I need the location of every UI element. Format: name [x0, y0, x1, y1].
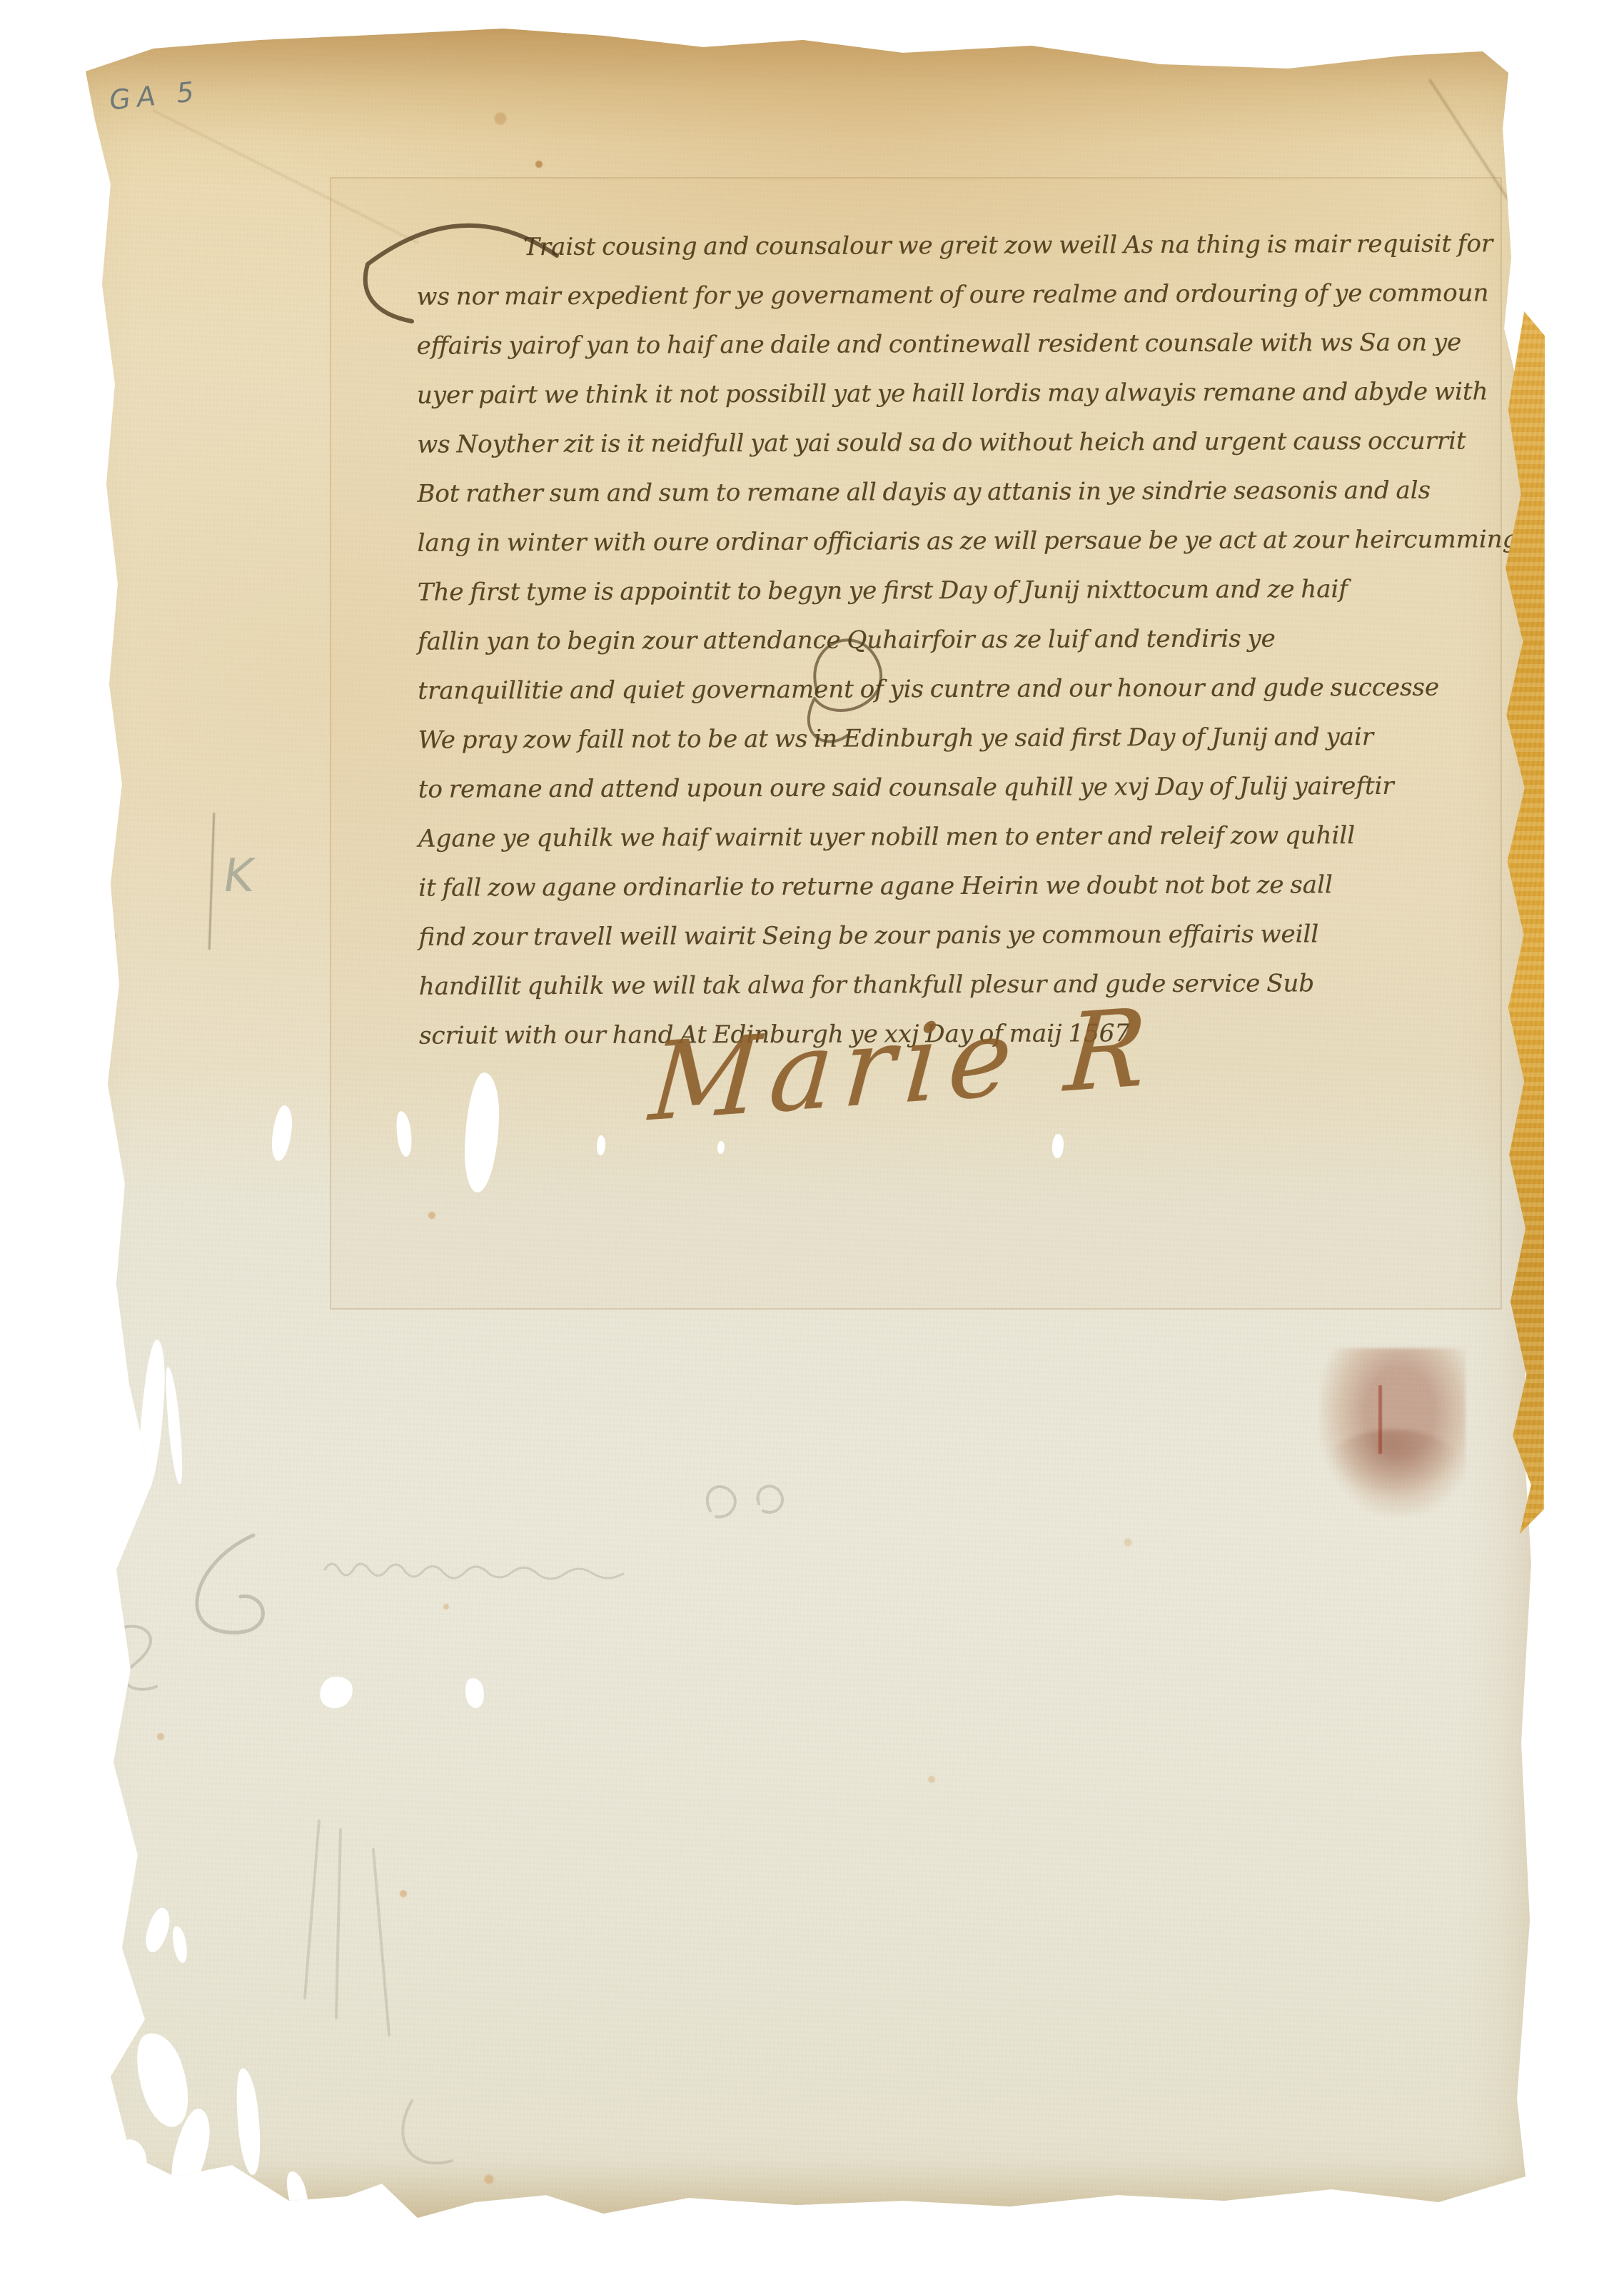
tear-hole [463, 1677, 487, 1709]
tear-hole [136, 1339, 168, 1494]
tear-hole [270, 1105, 294, 1162]
showthrough-vertical-strokes [305, 1821, 389, 2035]
showthrough-script-row [325, 1564, 623, 1579]
letter-line: tranquillitie and quiet governament of y… [418, 663, 1518, 715]
showthrough-flourish [197, 1535, 263, 1632]
pencil-margin-mark: K [220, 850, 257, 903]
letter-line: We pray zow faill not to be at ws in Edi… [418, 712, 1518, 765]
red-stain-arc [1328, 1430, 1460, 1497]
letter-line: Agane ye quhilk we haif wairnit uyer nob… [418, 810, 1519, 863]
top-edge-browning [46, 29, 1545, 143]
letter-text-block: Traist cousing and counsalour we greit z… [416, 219, 1520, 1060]
red-stain-streak [1378, 1385, 1382, 1454]
letter-line: uyer pairt we think it not possibill yat… [417, 367, 1518, 420]
letter-line: effairis yairof yan to haif ane daile an… [416, 318, 1517, 371]
letter-line: it fall zow agane ordinarlie to returne … [418, 860, 1519, 913]
scan-canvas: GA 5 K Traist cousing and counsalour we … [0, 0, 1624, 2285]
tear-hole [143, 1906, 173, 1955]
showthrough-curl [111, 1627, 156, 1689]
letter-line: ws nor mair expedient for ye governament… [416, 268, 1517, 321]
letter-line: fallin yan to begin zour attendance Quha… [418, 613, 1518, 666]
letter-line: find zour travell weill wairit Seing be … [418, 909, 1519, 962]
manuscript-page: GA 5 K Traist cousing and counsalour we … [46, 29, 1545, 2224]
letter-line: Bot rather sum and sum to remane all day… [417, 466, 1518, 518]
letter-line: The first tyme is appointit to begyn ye … [418, 564, 1518, 617]
letter-line: lang in winter with oure ordinar officia… [417, 515, 1518, 568]
letter-line: to remane and attend upoun oure said cou… [418, 761, 1519, 814]
letter-line: Traist cousing and counsalour we greit z… [416, 219, 1517, 272]
tear-hole [318, 1675, 354, 1709]
tear-hole [162, 1367, 186, 1485]
showthrough-glyphs [707, 1486, 782, 1517]
bottom-edge-browning [46, 2160, 1545, 2224]
showthrough-scribbles-svg [89, 1450, 903, 2199]
letter-line: ws Noyther zit is it neidfull yat yai so… [417, 416, 1518, 469]
showthrough-loop-lower [403, 2101, 452, 2163]
pencil-stroke-mark [208, 813, 216, 950]
tear-hole [170, 1925, 190, 1964]
tear-hole [104, 2137, 151, 2209]
